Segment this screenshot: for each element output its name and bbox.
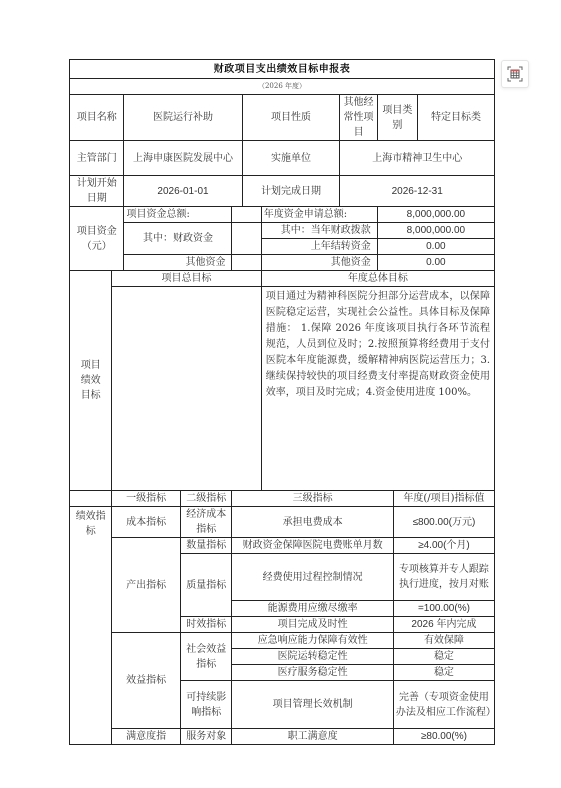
dept-value: 上海申康医院发展中心 — [124, 141, 242, 176]
table-row: 效益指标 社会效益指标 应急响应能力保障有效性 有效保障 — [70, 633, 495, 649]
project-category-label: 项目类别 — [377, 95, 417, 141]
current-fiscal-value: 8,000,000.00 — [377, 223, 494, 239]
indicators-section-label: 绩效指标 — [70, 507, 112, 745]
year-label: （2026 年度） — [70, 79, 495, 95]
project-name-label: 项目名称 — [70, 95, 124, 141]
goals-section-label: 项目绩效目标 — [70, 271, 112, 491]
annual-goal-header: 年度总体目标 — [261, 271, 494, 287]
annual-other-value: 0.00 — [377, 255, 494, 271]
overall-goal-header: 项目总目标 — [112, 271, 261, 287]
annual-total-value: 8,000,000.00 — [377, 207, 494, 223]
annual-total-label: 年度资金申请总额: — [261, 207, 377, 223]
level2-cell: 质量指标 — [180, 554, 231, 617]
level1-cell: 效益指标 — [112, 633, 181, 729]
project-name-value: 医院运行补助 — [124, 95, 242, 141]
project-category-value: 特定目标类 — [418, 95, 495, 141]
value-cell: 完善（专项资金使用办法及相应工作流程） — [393, 681, 494, 729]
carryover-value: 0.00 — [377, 239, 494, 255]
level2-cell: 服务对象 — [180, 729, 231, 745]
other-fund-value — [232, 255, 261, 271]
header-level1: 一级指标 — [112, 491, 181, 507]
table-row: 产出指标 数量指标 财政资金保障医院电费账单月数 ≥4.00(个月) — [70, 538, 495, 554]
value-cell: 稳定 — [393, 665, 494, 681]
table-select-icon — [507, 66, 523, 82]
value-cell: 2026 年内完成 — [393, 617, 494, 633]
value-cell: 有效保障 — [393, 633, 494, 649]
level1-cell: 产出指标 — [112, 538, 181, 633]
current-fiscal-label: 其中：当年财政拨款 — [261, 223, 377, 239]
project-nature-label: 项目性质 — [242, 95, 340, 141]
form-title: 财政项目支出绩效目标申报表 — [70, 60, 495, 79]
end-date-label: 计划完成日期 — [242, 176, 340, 207]
level3-cell: 财政资金保障医院电费账单月数 — [232, 538, 393, 554]
table-select-button[interactable] — [501, 60, 529, 88]
other-fund-label: 其他资金 — [124, 255, 232, 271]
impl-unit-value: 上海市精神卫生中心 — [340, 141, 495, 176]
fiscal-fund-label: 其中：财政资金 — [124, 223, 232, 255]
value-cell: ≥4.00(个月) — [393, 538, 494, 554]
level3-cell: 项目管理长效机制 — [232, 681, 393, 729]
value-cell: 专项核算并专人跟踪执行进度，按月对账 — [393, 554, 494, 601]
value-cell: =100.00(%) — [393, 601, 494, 617]
fiscal-fund-value — [232, 223, 261, 255]
carryover-label: 上年结转资金 — [261, 239, 377, 255]
level3-cell: 承担电费成本 — [232, 507, 393, 538]
value-cell: 稳定 — [393, 649, 494, 665]
funds-section-label: 项目资金（元） — [70, 207, 124, 271]
annual-other-label: 其他资金 — [261, 255, 377, 271]
annual-goal-text: 项目通过为精神科医院分担部分运营成本，以保障医院稳定运营，实现社会公益性。具体目… — [261, 287, 494, 491]
level2-cell: 社会效益指标 — [180, 633, 231, 681]
level1-cell: 满意度指 — [112, 729, 181, 745]
level1-cell: 成本指标 — [112, 507, 181, 538]
start-date-value: 2026-01-01 — [124, 176, 242, 207]
start-date-label: 计划开始日期 — [70, 176, 124, 207]
level2-cell: 经济成本指标 — [180, 507, 231, 538]
level3-cell: 能源费用应缴尽缴率 — [232, 601, 393, 617]
end-date-value: 2026-12-31 — [340, 176, 495, 207]
header-value: 年度(/项目)指标值 — [393, 491, 494, 507]
level3-cell: 经费使用过程控制情况 — [232, 554, 393, 601]
level3-cell: 应急响应能力保障有效性 — [232, 633, 393, 649]
fund-total-value — [232, 207, 261, 223]
value-cell: ≥80.00(%) — [393, 729, 494, 745]
level2-cell: 时效指标 — [180, 617, 231, 633]
indicator-header-empty — [70, 491, 112, 507]
level3-cell: 医院运转稳定性 — [232, 649, 393, 665]
level2-cell: 数量指标 — [180, 538, 231, 554]
header-level3: 三级指标 — [232, 491, 393, 507]
header-level2: 二级指标 — [180, 491, 231, 507]
overall-goal-text — [112, 287, 261, 491]
dept-label: 主管部门 — [70, 141, 124, 176]
table-row: 满意度指 服务对象 职工满意度 ≥80.00(%) — [70, 729, 495, 745]
level3-cell: 职工满意度 — [232, 729, 393, 745]
form-table: 财政项目支出绩效目标申报表 （2026 年度） 项目名称 医院运行补助 项目性质… — [69, 59, 495, 745]
level3-cell: 项目完成及时性 — [232, 617, 393, 633]
table-row: 绩效指标 成本指标 经济成本指标 承担电费成本 ≤800.00(万元) — [70, 507, 495, 538]
project-nature-value: 其他经常性项目 — [340, 95, 377, 141]
impl-unit-label: 实施单位 — [242, 141, 340, 176]
performance-goal-form: 财政项目支出绩效目标申报表 （2026 年度） 项目名称 医院运行补助 项目性质… — [69, 59, 495, 745]
level2-cell: 可持续影响指标 — [180, 681, 231, 729]
fund-total-label: 项目资金总额: — [124, 207, 232, 223]
value-cell: ≤800.00(万元) — [393, 507, 494, 538]
level3-cell: 医疗服务稳定性 — [232, 665, 393, 681]
